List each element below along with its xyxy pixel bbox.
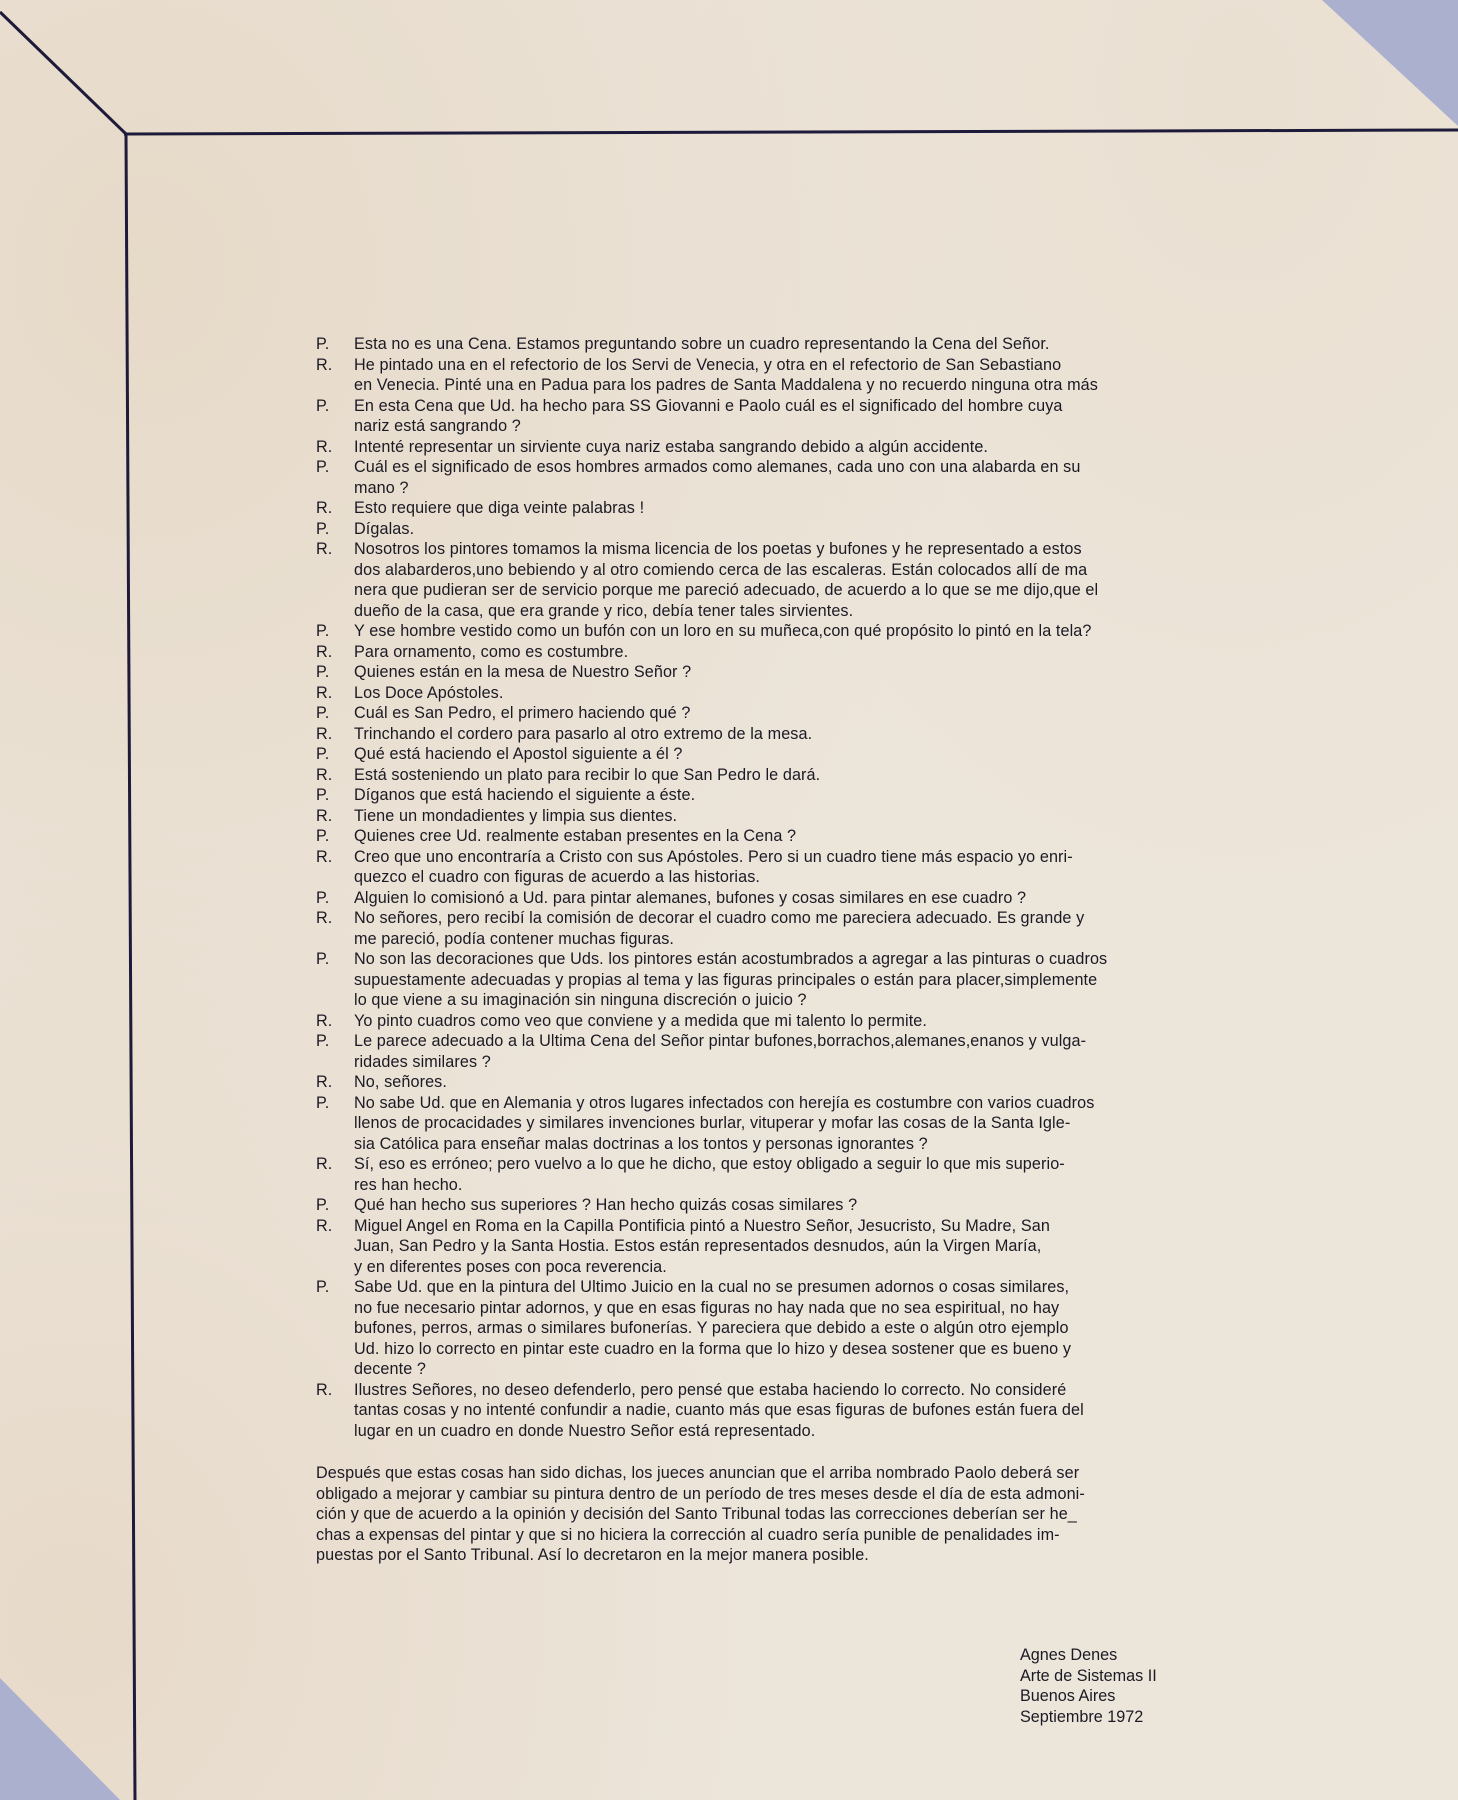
dialogue-entry: P.Y ese hombre vestido como un bufón con… [316,621,1196,642]
dialogue-entry: P.Cuál es San Pedro, el primero haciendo… [316,703,1196,724]
dialogue-entry: P.Quienes cree Ud. realmente estaban pre… [316,826,1196,847]
dialogue-entry: R.No señores, pero recibí la comisión de… [316,908,1196,949]
speaker-label: P. [316,621,354,642]
dialogue-entry: R.Miguel Angel en Roma en la Capilla Pon… [316,1216,1196,1278]
interrogation-transcript: P.Esta no es una Cena. Estamos preguntan… [316,334,1196,1566]
dialogue-text: Los Doce Apóstoles. [354,683,1196,704]
speaker-label: R. [316,765,354,786]
dialogue-text: He pintado una en el refectorio de los S… [354,355,1196,396]
dialogue-text: Quienes cree Ud. realmente estaban prese… [354,826,1196,847]
dialogue-text: No señores, pero recibí la comisión de d… [354,908,1196,949]
dialogue-entry: P.Cuál es el significado de esos hombres… [316,457,1196,498]
dialogue-entry: R.Trinchando el cordero para pasarlo al … [316,724,1196,745]
dialogue-text: Para ornamento, como es costumbre. [354,642,1196,663]
speaker-label: R. [316,683,354,704]
dialogue-entry: P.Díganos que está haciendo el siguiente… [316,785,1196,806]
dialogue-entry: P.Le parece adecuado a la Ultima Cena de… [316,1031,1196,1072]
speaker-label: P. [316,1093,354,1155]
dialogue-entry: R.Sí, eso es erróneo; pero vuelvo a lo q… [316,1154,1196,1195]
signature-date: Septiembre 1972 [1020,1707,1157,1728]
dialogue-entry: P.Quienes están en la mesa de Nuestro Se… [316,662,1196,683]
speaker-label: R. [316,1154,354,1195]
speaker-label: R. [316,539,354,621]
dialogue-entry: P.Dígalas. [316,519,1196,540]
speaker-label: R. [316,437,354,458]
dialogue-entry: P.Sabe Ud. que en la pintura del Ultimo … [316,1277,1196,1380]
document-page: P.Esta no es una Cena. Estamos preguntan… [0,0,1458,1800]
signature-author: Agnes Denes [1020,1645,1157,1666]
speaker-label: P. [316,334,354,355]
dialogue-text: Trinchando el cordero para pasarlo al ot… [354,724,1196,745]
dialogue-text: Esta no es una Cena. Estamos preguntando… [354,334,1196,355]
speaker-label: R. [316,355,354,396]
speaker-label: P. [316,785,354,806]
dialogue-text: Ilustres Señores, no deseo defenderlo, p… [354,1380,1196,1442]
dialogue-text: No, señores. [354,1072,1196,1093]
speaker-label: P. [316,662,354,683]
dialogue-entry: P.En esta Cena que Ud. ha hecho para SS … [316,396,1196,437]
dialogue-text: Qué han hecho sus superiores ? Han hecho… [354,1195,1196,1216]
dialogue-text: Nosotros los pintores tomamos la misma l… [354,539,1196,621]
speaker-label: P. [316,949,354,1011]
dialogue-text: No son las decoraciones que Uds. los pin… [354,949,1196,1011]
dialogue-text: Le parece adecuado a la Ultima Cena del … [354,1031,1196,1072]
speaker-label: R. [316,847,354,888]
dialogue-entry: P.Esta no es una Cena. Estamos preguntan… [316,334,1196,355]
dialogue-text: Sabe Ud. que en la pintura del Ultimo Ju… [354,1277,1196,1380]
dialogue-entry: R.Los Doce Apóstoles. [316,683,1196,704]
dialogue-entry: R.Esto requiere que diga veinte palabras… [316,498,1196,519]
speaker-label: R. [316,908,354,949]
dialogue-text: Sí, eso es erróneo; pero vuelvo a lo que… [354,1154,1196,1195]
dialogue-entry: R.Nosotros los pintores tomamos la misma… [316,539,1196,621]
dialogue-text: Esto requiere que diga veinte palabras ! [354,498,1196,519]
dialogue-text: Yo pinto cuadros como veo que conviene y… [354,1011,1196,1032]
dialogue-entry: R.He pintado una en el refectorio de los… [316,355,1196,396]
signature-work: Arte de Sistemas II [1020,1666,1157,1687]
dialogue-entry: P.Alguien lo comisionó a Ud. para pintar… [316,888,1196,909]
speaker-label: P. [316,703,354,724]
dialogue-entry: P.Qué está haciendo el Apostol siguiente… [316,744,1196,765]
vertical-rule [126,134,135,1800]
speaker-label: R. [316,642,354,663]
dialogue-text: Miguel Angel en Roma en la Capilla Ponti… [354,1216,1196,1278]
verdict-paragraph: Después que estas cosas han sido dichas,… [316,1463,1196,1566]
speaker-label: P. [316,457,354,498]
dialogue-text: Quienes están en la mesa de Nuestro Seño… [354,662,1196,683]
speaker-label: P. [316,1277,354,1380]
speaker-label: R. [316,1216,354,1278]
speaker-label: P. [316,1031,354,1072]
dialogue-text: Creo que uno encontraría a Cristo con su… [354,847,1196,888]
signature-block: Agnes Denes Arte de Sistemas II Buenos A… [1020,1645,1157,1727]
horizontal-rule [124,130,1458,134]
speaker-label: R. [316,724,354,745]
dialogue-text: Tiene un mondadientes y limpia sus dient… [354,806,1196,827]
dialogue-entry: R.Creo que uno encontraría a Cristo con … [316,847,1196,888]
speaker-label: P. [316,826,354,847]
speaker-label: P. [316,1195,354,1216]
dialogue-text: Cuál es San Pedro, el primero haciendo q… [354,703,1196,724]
speaker-label: R. [316,1072,354,1093]
dialogue-entry: P.No sabe Ud. que en Alemania y otros lu… [316,1093,1196,1155]
dialogue-text: Está sosteniendo un plato para recibir l… [354,765,1196,786]
corner-cutout-bottom-left [0,1678,120,1800]
dialogue-text: Qué está haciendo el Apostol siguiente a… [354,744,1196,765]
speaker-label: R. [316,806,354,827]
speaker-label: P. [316,888,354,909]
dialogue-text: Cuál es el significado de esos hombres a… [354,457,1196,498]
speaker-label: R. [316,498,354,519]
speaker-label: P. [316,519,354,540]
signature-city: Buenos Aires [1020,1686,1157,1707]
dialogue-text: Intenté representar un sirviente cuya na… [354,437,1196,458]
diagonal-line [0,12,126,134]
dialogue-entry: R.Para ornamento, como es costumbre. [316,642,1196,663]
corner-cutout-top-right [1322,0,1458,126]
dialogue-entry: R.Intenté representar un sirviente cuya … [316,437,1196,458]
dialogue-text: Dígalas. [354,519,1196,540]
speaker-label: R. [316,1011,354,1032]
dialogue-text: Díganos que está haciendo el siguiente a… [354,785,1196,806]
dialogue-text: Alguien lo comisionó a Ud. para pintar a… [354,888,1196,909]
speaker-label: R. [316,1380,354,1442]
dialogue-entry: R.Yo pinto cuadros como veo que conviene… [316,1011,1196,1032]
dialogue-entry: R.Tiene un mondadientes y limpia sus die… [316,806,1196,827]
dialogue-entry: P.No son las decoraciones que Uds. los p… [316,949,1196,1011]
dialogue-entry: R.No, señores. [316,1072,1196,1093]
dialogue-text: En esta Cena que Ud. ha hecho para SS Gi… [354,396,1196,437]
dialogue-entry: P.Qué han hecho sus superiores ? Han hec… [316,1195,1196,1216]
dialogue-text: Y ese hombre vestido como un bufón con u… [354,621,1196,642]
speaker-label: P. [316,744,354,765]
dialogue-entry: R.Ilustres Señores, no deseo defenderlo,… [316,1380,1196,1442]
speaker-label: P. [316,396,354,437]
dialogue-entry: R.Está sosteniendo un plato para recibir… [316,765,1196,786]
dialogue-text: No sabe Ud. que en Alemania y otros luga… [354,1093,1196,1155]
